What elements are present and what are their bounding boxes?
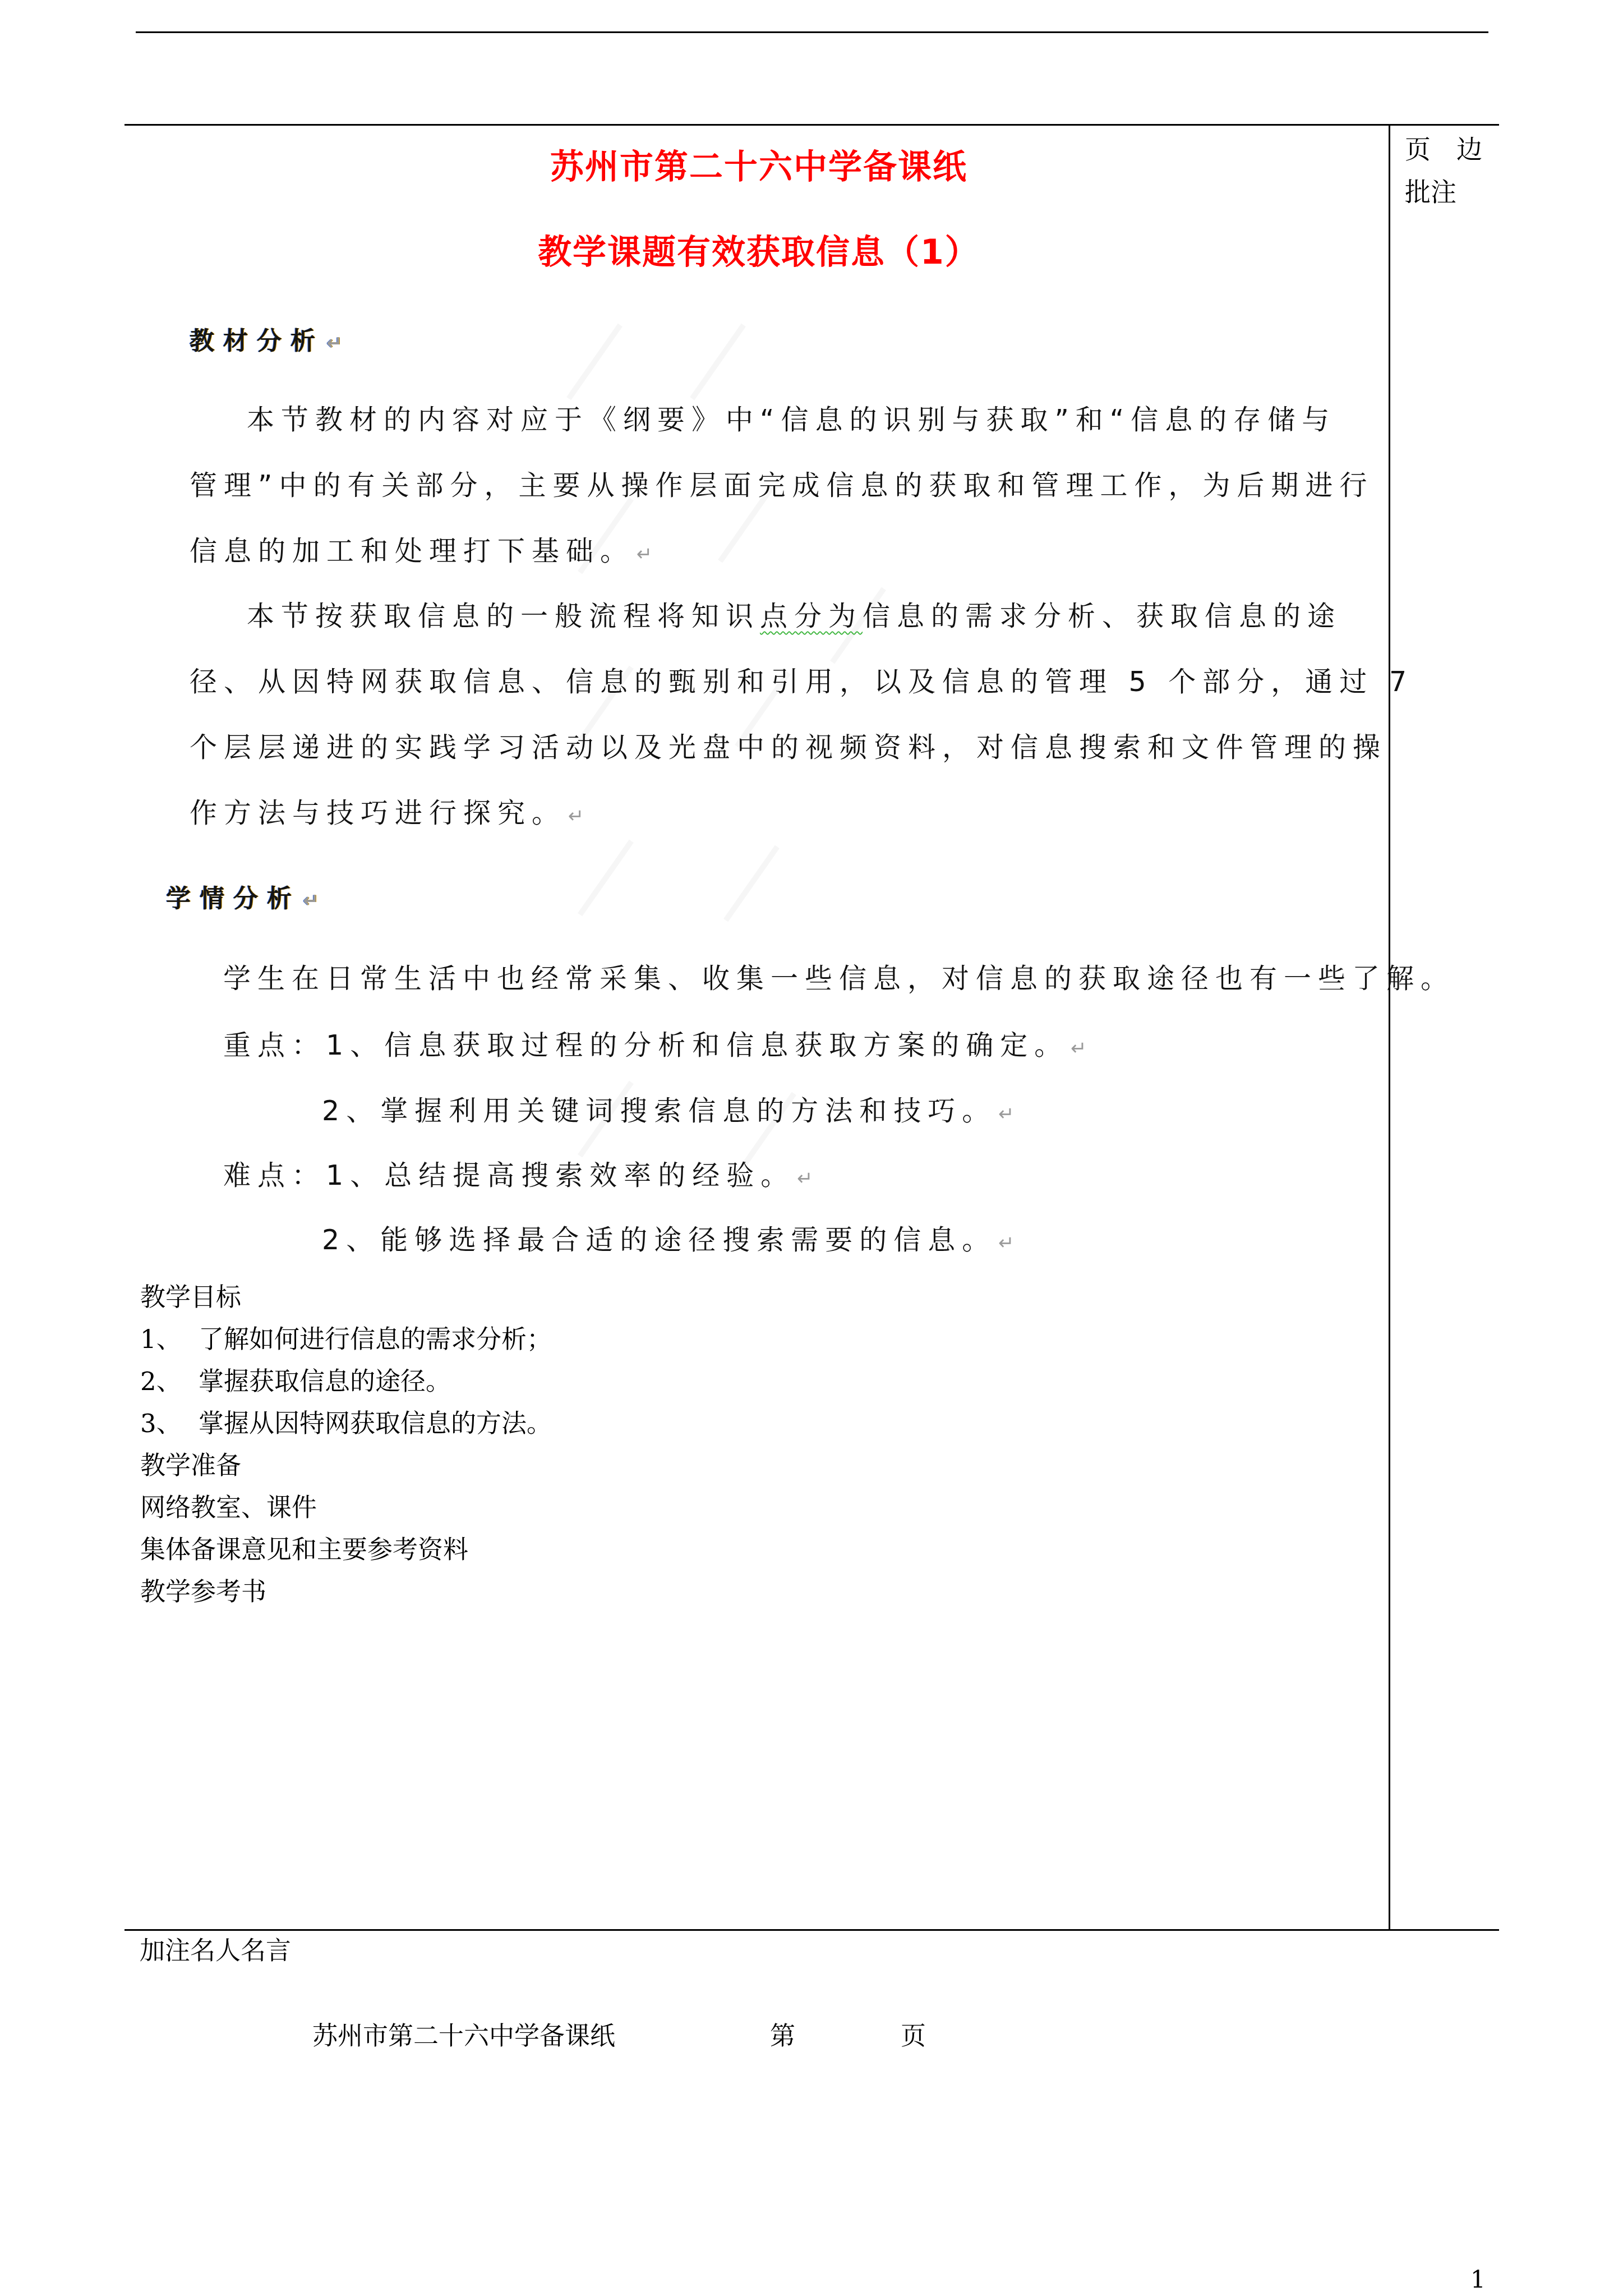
student-analysis-heading: 学情分析↵	[166, 878, 319, 914]
material-analysis-heading: 教材分析↵	[190, 321, 343, 357]
paragraph-line: 本节教材的内容对应于《纲要》中“信息的识别与获取”和“信息的存储与	[190, 387, 1373, 453]
objective-number: 1、	[140, 1318, 199, 1360]
student-analysis-paragraph: 学生在日常生活中也经常采集、收集一些信息，对信息的获取途径也有一些了解。	[223, 946, 1455, 1011]
paragraph-mark-icon: ↵	[998, 1232, 1015, 1254]
paragraph-line-text: 信息的加工和处理打下基础。	[190, 535, 634, 567]
paragraph-mark-icon: ↵	[303, 890, 319, 912]
objective-item: 1、了解如何进行信息的需求分析；	[140, 1318, 552, 1360]
key-point-1: 重点：1、信息获取过程的分析和信息获取方案的确定。↵	[223, 1013, 1087, 1082]
paragraph-line: 作方法与技巧进行探究。↵	[190, 780, 1413, 849]
reference-book-heading: 教学参考书	[140, 1571, 266, 1613]
page-number: 1	[1470, 2266, 1486, 2293]
paragraph-line-text: 信息的需求分析、获取信息的途	[863, 600, 1341, 632]
famous-quote-label: 加注名人名言	[140, 1934, 291, 1968]
difficult-points-label: 难点：	[223, 1159, 326, 1191]
objective-text: 了解如何进行信息的需求分析；	[199, 1324, 552, 1354]
key-point-text: 1、信息获取过程的分析和信息获取方案的确定。	[326, 1029, 1068, 1061]
objective-item: 2、掌握获取信息的途径。	[140, 1360, 451, 1402]
difficult-point-text: 2、能够选择最合适的途径搜索需要的信息。	[322, 1224, 996, 1256]
paragraph-line-text: 本节按获取信息的一般流程将知识	[247, 600, 760, 632]
page-footer: 苏州市第二十六中学备课纸第页	[312, 2019, 926, 2053]
objective-text: 掌握从因特网获取信息的方法。	[199, 1409, 552, 1438]
teaching-preparation-value: 网络教室、课件	[140, 1487, 317, 1529]
paragraph-mark-icon: ↵	[637, 543, 653, 565]
watermark-mark	[578, 840, 634, 917]
objective-item: 3、掌握从因特网获取信息的方法。	[140, 1402, 552, 1444]
paragraph-line: 管理”中的有关部分，主要从操作层面完成信息的获取和管理工作，为后期进行	[190, 453, 1373, 518]
margin-note-label-annotation: 批注	[1405, 171, 1456, 213]
difficult-point-2: 2、能够选择最合适的途径搜索需要的信息。↵	[322, 1207, 1015, 1276]
footer-page-suffix: 页	[901, 2021, 926, 2051]
paragraph-line: 径、从因特网获取信息、信息的甄别和引用，以及信息的管理 5 个部分，通过 7	[190, 649, 1413, 715]
footer-page-prefix: 第	[770, 2019, 901, 2053]
paragraph-mark-icon: ↵	[797, 1167, 813, 1190]
teaching-objectives-heading: 教学目标	[140, 1276, 241, 1318]
lesson-title: 教学课题有效获取信息（1）	[0, 230, 1389, 275]
grammar-check-underline: 点分为	[760, 600, 863, 632]
paragraph-mark-icon: ↵	[568, 805, 584, 827]
objective-number: 2、	[140, 1360, 199, 1402]
margin-note-label-page-edge: 页边	[1405, 128, 1508, 171]
watermark-mark	[723, 845, 780, 922]
objective-text: 掌握获取信息的途径。	[199, 1366, 451, 1396]
objective-number: 3、	[140, 1402, 199, 1444]
paragraph-mark-icon: ↵	[326, 332, 343, 355]
paragraph-mark-icon: ↵	[998, 1103, 1015, 1125]
school-title: 苏州市第二十六中学备课纸	[0, 145, 1389, 190]
footer-school-name: 苏州市第二十六中学备课纸	[312, 2019, 770, 2053]
material-analysis-heading-text: 教材分析	[190, 327, 324, 356]
difficult-point-text: 1、总结提高搜索效率的经验。	[326, 1159, 795, 1191]
student-analysis-heading-text: 学情分析	[166, 885, 301, 913]
paragraph-line-text: 作方法与技巧进行探究。	[190, 797, 566, 829]
teaching-preparation-heading: 教学准备	[140, 1444, 241, 1487]
paragraph-line: 个层层递进的实践学习活动以及光盘中的视频资料，对信息搜索和文件管理的操	[190, 715, 1413, 780]
paragraph-line: 本节按获取信息的一般流程将知识点分为信息的需求分析、获取信息的途	[190, 583, 1413, 649]
margin-column-divider	[1389, 124, 1390, 1930]
key-point-text: 2、掌握利用关键词搜索信息的方法和技巧。	[322, 1095, 996, 1127]
key-point-2: 2、掌握利用关键词搜索信息的方法和技巧。↵	[322, 1078, 1015, 1147]
table-bottom-border	[125, 1929, 1499, 1931]
paragraph-mark-icon: ↵	[1071, 1037, 1087, 1060]
material-analysis-paragraph-1: 本节教材的内容对应于《纲要》中“信息的识别与获取”和“信息的存储与 管理”中的有…	[190, 387, 1373, 587]
header-rule	[136, 31, 1488, 33]
table-top-border	[125, 124, 1499, 126]
key-points-label: 重点：	[223, 1029, 326, 1061]
material-analysis-paragraph-2: 本节按获取信息的一般流程将知识点分为信息的需求分析、获取信息的途 径、从因特网获…	[190, 583, 1413, 849]
difficult-point-1: 难点：1、总结提高搜索效率的经验。↵	[223, 1143, 813, 1212]
paragraph-line: 信息的加工和处理打下基础。↵	[190, 518, 1373, 587]
collective-prep-heading: 集体备课意见和主要参考资料	[140, 1529, 468, 1571]
